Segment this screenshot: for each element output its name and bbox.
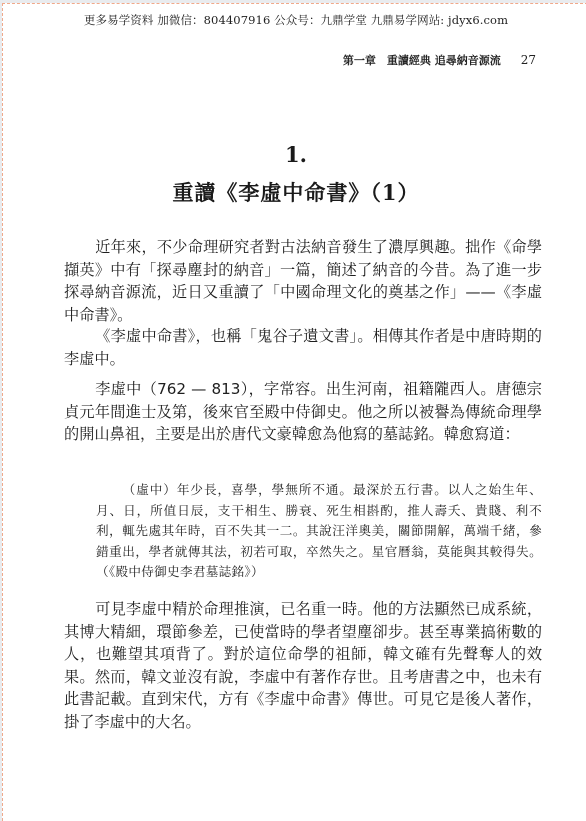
- document-page: 更多易学资料 加微信：804407916 公众号：九鼎学堂 九鼎易学网站: jd…: [2, 3, 586, 821]
- watermark-header: 更多易学资料 加微信：804407916 公众号：九鼎学堂 九鼎易学网站: jd…: [3, 12, 586, 28]
- paragraph-text: 《李虛中命書》，也稱「鬼谷子遺文書」。相傳其作者是中唐時期的李虛中。: [64, 327, 542, 368]
- block-quote: （虛中）年少長，喜學，學無所不通。最深於五行書。以人之始生年、月、日，所值日辰，…: [96, 480, 542, 583]
- page-number: 27: [521, 53, 536, 67]
- paragraph: 可見李虛中精於命理推演，已名重一時。他的方法顯然已成系統，其博大精細，環節參差，…: [64, 598, 542, 733]
- chapter-title: 重讀《李虛中命書》（1）: [3, 177, 586, 207]
- chapter-number: 1.: [3, 142, 586, 167]
- paragraph: 《李虛中命書》，也稱「鬼谷子遺文書」。相傳其作者是中唐時期的李虛中。: [64, 325, 542, 370]
- running-head: 第一章 重讀經典 追尋納音源流27: [343, 52, 536, 68]
- paragraph: 近年來，不少命理研究者對古法納音發生了濃厚興趣。拙作《命學擷英》中有「探尋塵封的…: [64, 236, 542, 326]
- paragraph-text: 李虛中（762 — 813），字常容。出生河南，祖籍隴西人。唐德宗貞元年間進士及…: [64, 380, 542, 443]
- running-head-chapter: 第一章 重讀經典 追尋納音源流: [343, 54, 501, 67]
- quote-text: （虛中）年少長，喜學，學無所不通。最深於五行書。以人之始生年、月、日，所值日辰，…: [96, 482, 542, 579]
- paragraph-text: 可見李虛中精於命理推演，已名重一時。他的方法顯然已成系統，其博大精細，環節參差，…: [64, 600, 542, 731]
- paragraph-text: 近年來，不少命理研究者對古法納音發生了濃厚興趣。拙作《命學擷英》中有「探尋塵封的…: [64, 238, 542, 324]
- paragraph: 李虛中（762 — 813），字常容。出生河南，祖籍隴西人。唐德宗貞元年間進士及…: [64, 378, 542, 446]
